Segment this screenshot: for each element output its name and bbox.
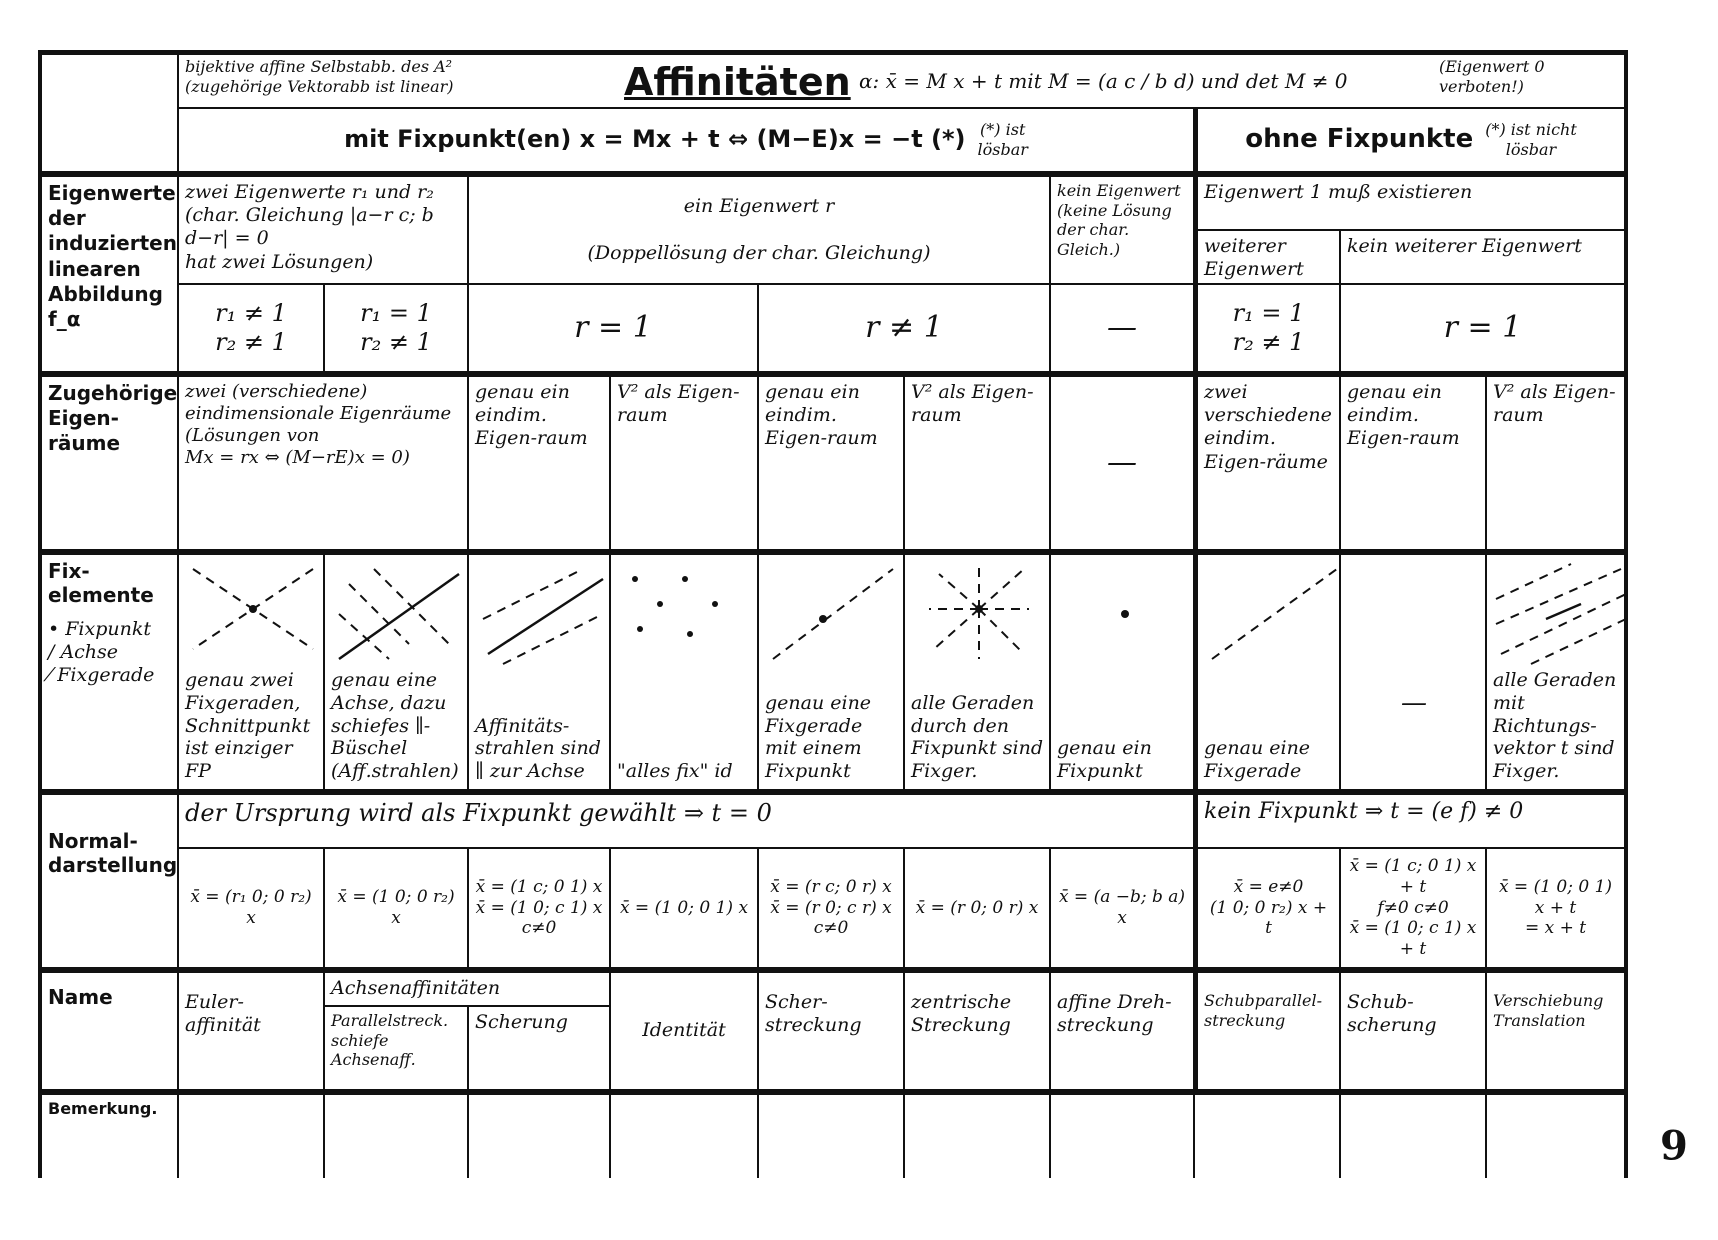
fixelement-text: genau eine Achse, dazu schiefes ∥-Büsche… <box>331 669 463 783</box>
remark-cell <box>324 1090 468 1178</box>
row-label-remark-text: Bemerkung. <box>48 1099 171 1119</box>
name-rotation: affine Dreh-streckung <box>1050 968 1194 1090</box>
group-with-fixpoint: mit Fixpunkt(en) x = Mx + t ⇔ (M−E)x = −… <box>178 108 1194 172</box>
eigenspace-cell: V² als Eigen-raum <box>904 372 1050 550</box>
fixelement-cell: Affinitäts-strahlen sind ∥ zur Achse <box>468 550 610 790</box>
eigenspace-cell: genau ein eindim. Eigen-raum <box>758 372 904 550</box>
normal-form-cell: x̄ = (1 c; 0 1) x + t f≠0 c≠0 x̄ = (1 0;… <box>1340 848 1486 968</box>
normal-form-cell: x̄ = (r c; 0 r) x x̄ = (r 0; c r) x c≠0 <box>758 848 904 968</box>
page-number: 6 <box>1660 1120 1688 1167</box>
normal-form-cell: x̄ = (1 0; 0 1) x + t = x + t <box>1486 848 1628 968</box>
eigenspace-cell: V² als Eigen-raum <box>610 372 758 550</box>
name-shear-stretch: Scher-streckung <box>758 968 904 1090</box>
fixelement-sketch <box>329 559 468 669</box>
name-slide-parallel: Schubparallel-streckung <box>1194 968 1340 1090</box>
cond-4: r ≠ 1 <box>758 284 1050 372</box>
fixelement-sketch <box>615 559 755 669</box>
normal-form-cell: x̄ = (r₁ 0; 0 r₂) x <box>178 848 324 968</box>
fixelement-cell: genau ein Fixpunkt <box>1050 550 1194 790</box>
eigenspace-cell: V² als Eigen-raum <box>1486 372 1628 550</box>
group-without-fixpoint-label: ohne Fixpunkte <box>1245 124 1473 156</box>
group-without-fixpoint-note: (*) ist nicht lösbar <box>1485 120 1577 159</box>
group-with-fixpoint-note: (*) ist lösbar <box>978 120 1028 159</box>
remark-cell <box>178 1090 324 1178</box>
legend-fixpoint: • Fixpunkt <box>48 618 171 641</box>
normal-form-cell: x̄ = (1 0; 0 1) x <box>610 848 758 968</box>
normal-form-cell: x̄ = (1 0; 0 r₂) x <box>324 848 468 968</box>
fixelement-cell: alle Geraden mit Richtungs-vektor t sind… <box>1486 550 1628 790</box>
row-label-name-text: Name <box>48 985 171 1009</box>
fixelement-text: alle Geraden mit Richtungs-vektor t sind… <box>1493 669 1620 783</box>
cond-3: r = 1 <box>468 284 758 372</box>
row-label-eigenspaces-text: Zugehörige Eigen-räume <box>48 381 177 455</box>
remark-cell <box>904 1090 1050 1178</box>
fixelement-text: genau zwei Fixgeraden, Schnittpunkt ist … <box>185 669 319 783</box>
legend-fixline: ⁄ Fixgerade <box>48 664 171 687</box>
fixelement-cell: genau eine Achse, dazu schiefes ∥-Büsche… <box>324 550 468 790</box>
row-label-name: Name <box>38 968 178 1090</box>
name-slide-shear: Schub-scherung <box>1340 968 1486 1090</box>
eigen-none: kein Eigenwert (keine Lösung der char. G… <box>1050 172 1194 284</box>
fixelement-sketch <box>1345 559 1485 669</box>
fixelement-text: genau eine Fixgerade mit einem Fixpunkt <box>765 692 899 783</box>
remark-cell <box>1194 1090 1340 1178</box>
fixelement-sketch <box>1202 559 1340 669</box>
row-label-fixelements-text: Fix-elemente <box>48 559 171 608</box>
cond-7: r = 1 <box>1340 284 1628 372</box>
eigenspace-cell: — <box>1050 372 1194 550</box>
fixelement-cell: — <box>1340 550 1486 790</box>
header-note: (Eigenwert 0 verboten!) <box>1439 57 1545 96</box>
normal-form-cell: x̄ = (r 0; 0 r) x <box>904 848 1050 968</box>
remark-cell <box>610 1090 758 1178</box>
remark-cell <box>1340 1090 1486 1178</box>
eigen-two: zwei Eigenwerte r₁ und r₂ (char. Gleichu… <box>178 172 468 284</box>
fixelement-cell: alle Geraden durch den Fixpunkt sind Fix… <box>904 550 1050 790</box>
normal-form-with-fixpoint-header: der Ursprung wird als Fixpunkt gewählt ⇒… <box>178 790 1194 848</box>
row-label-eigenvalues: Eigenwerte der induzierten linearen Abbi… <box>38 172 178 372</box>
name-identity: Identität <box>610 968 758 1090</box>
eigen-further: weiterer Eigenwert <box>1194 230 1340 284</box>
affinity-table-page: bijektive affine Selbstabb. des A² (zuge… <box>0 0 1718 1240</box>
fixelement-sketch <box>1491 559 1628 669</box>
header-row: bijektive affine Selbstabb. des A² (zuge… <box>178 50 1628 108</box>
name-central: zentrische Streckung <box>904 968 1050 1090</box>
fixelement-text: — <box>1347 688 1481 719</box>
page-title: Affinitäten <box>624 59 851 105</box>
fixelement-sketch <box>763 559 903 669</box>
remark-cell <box>468 1090 610 1178</box>
cond-1: r₁ ≠ 1 r₂ ≠ 1 <box>178 284 324 372</box>
name-translation: Verschiebung Translation <box>1486 968 1628 1090</box>
cond-2: r₁ = 1 r₂ ≠ 1 <box>324 284 468 372</box>
fixelement-text: genau ein Fixpunkt <box>1057 737 1189 783</box>
fixelement-text: "alles fix" id <box>617 760 753 783</box>
normal-form-cell: x̄ = (a −b; b a) x <box>1050 848 1194 968</box>
fixelement-text: genau eine Fixgerade <box>1204 737 1335 783</box>
corner-cell <box>38 50 178 172</box>
fixelement-cell: "alles fix" id <box>610 550 758 790</box>
eigen-must-exist: Eigenwert 1 muß existieren <box>1194 172 1628 230</box>
eigen-no-further: kein weiterer Eigenwert <box>1340 230 1628 284</box>
normal-form-cell: x̄ = (1 c; 0 1) x x̄ = (1 0; c 1) x c≠0 <box>468 848 610 968</box>
fixelement-text: Affinitäts-strahlen sind ∥ zur Achse <box>475 715 605 783</box>
eigenspace-cell: genau ein eindim. Eigen-raum <box>468 372 610 550</box>
eigenspace-cell: zwei verschiedene eindim. Eigen-räume <box>1194 372 1340 550</box>
normal-form-cell: x̄ = e≠0 (1 0; 0 r₂) x + t <box>1194 848 1340 968</box>
name-euler: Euler-affinität <box>178 968 324 1090</box>
fixelement-cell: genau zwei Fixgeraden, Schnittpunkt ist … <box>178 550 324 790</box>
fixelement-sketch <box>183 559 323 669</box>
remark-cell <box>1050 1090 1194 1178</box>
eigenspace-cell: zwei (verschiedene) eindimensionale Eige… <box>178 372 468 550</box>
fixelement-sketch <box>473 559 610 669</box>
header-definition: α: x̄ = M x + t mit M = (a c / b d) und … <box>859 69 1348 93</box>
row-label-normal-form-text: Normal-darstellung <box>48 829 171 878</box>
cond-6: r₁ = 1 r₂ ≠ 1 <box>1194 284 1340 372</box>
normal-form-without-fixpoint-header: kein Fixpunkt ⇒ t = (e f) ≠ 0 <box>1194 790 1628 848</box>
row-label-normal-form: Normal-darstellung <box>38 790 178 968</box>
fixelement-text: alle Geraden durch den Fixpunkt sind Fix… <box>911 692 1045 783</box>
name-shear: Scherung <box>468 1006 610 1090</box>
group-with-fixpoint-label: mit Fixpunkt(en) x = Mx + t ⇔ (M−E)x = −… <box>344 125 965 154</box>
legend-axis: / Achse <box>48 641 171 664</box>
row-label-fixelements: Fix-elemente • Fixpunkt / Achse ⁄ Fixger… <box>38 550 178 790</box>
fixelement-sketch <box>1055 559 1194 669</box>
remark-cell <box>1486 1090 1628 1178</box>
name-parallel: Parallelstreck. schiefe Achsenaff. <box>324 1006 468 1090</box>
eigenspace-cell: genau ein eindim. Eigen-raum <box>1340 372 1486 550</box>
row-label-eigenspaces: Zugehörige Eigen-räume <box>38 372 178 550</box>
header-intro: bijektive affine Selbstabb. des A² (zuge… <box>185 57 454 96</box>
group-without-fixpoint: ohne Fixpunkte (*) ist nicht lösbar <box>1194 108 1628 172</box>
row-label-remark: Bemerkung. <box>38 1090 178 1178</box>
fixelement-cell: genau eine Fixgerade mit einem Fixpunkt <box>758 550 904 790</box>
row-label-eigenvalues-text: Eigenwerte der induzierten linearen Abbi… <box>48 181 177 331</box>
cond-5: — <box>1050 284 1194 372</box>
remark-cell <box>758 1090 904 1178</box>
name-axis-group: Achsenaffinitäten <box>324 968 610 1006</box>
fixelement-sketch <box>909 559 1049 669</box>
fixelement-cell: genau eine Fixgerade <box>1194 550 1340 790</box>
eigen-one: ein Eigenwert r (Doppellösung der char. … <box>468 172 1050 284</box>
